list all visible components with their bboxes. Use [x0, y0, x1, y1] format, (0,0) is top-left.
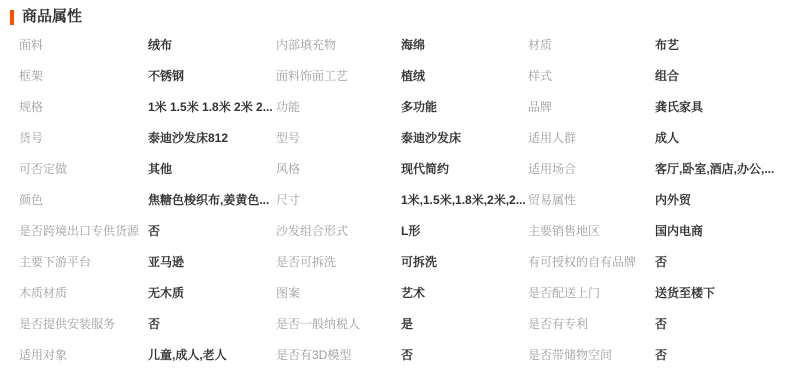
attribute-value: 不锈钢 — [148, 67, 276, 84]
attribute-label: 木质材质 — [19, 284, 148, 301]
attribute-value: L形 — [401, 222, 528, 239]
attributes-grid: 面料绒布内部填充物海绵材质布艺框架不锈钢面料饰面工艺植绒样式组合规格1米 1.5… — [0, 29, 800, 369]
attribute-value: 可拆洗 — [401, 253, 528, 270]
attribute-value: 客厅,卧室,酒店,办公,... — [655, 160, 800, 177]
attribute-value: 儿童,成人,老人 — [148, 346, 276, 363]
attribute-label: 型号 — [276, 129, 401, 146]
product-attributes-panel: 商品属性 面料绒布内部填充物海绵材质布艺框架不锈钢面料饰面工艺植绒样式组合规格1… — [0, 0, 800, 369]
attribute-label: 是否提供安装服务 — [19, 315, 148, 332]
attribute-label: 样式 — [528, 67, 655, 84]
section-title: 商品属性 — [22, 9, 82, 25]
attribute-value: 艺术 — [401, 284, 528, 301]
attribute-value: 绒布 — [148, 36, 276, 53]
attribute-value: 否 — [655, 315, 800, 332]
attribute-value: 植绒 — [401, 67, 528, 84]
attribute-label: 是否一般纳税人 — [276, 315, 401, 332]
attribute-label: 贸易属性 — [528, 191, 655, 208]
attribute-label: 图案 — [276, 284, 401, 301]
attribute-label: 适用对象 — [19, 346, 148, 363]
attribute-label: 功能 — [276, 98, 401, 115]
attribute-label: 适用场合 — [528, 160, 655, 177]
attribute-label: 是否可拆洗 — [276, 253, 401, 270]
attribute-label: 货号 — [19, 129, 148, 146]
attribute-label: 材质 — [528, 36, 655, 53]
attribute-value: 否 — [655, 253, 800, 270]
attribute-value: 泰迪沙发床 — [401, 129, 528, 146]
attribute-label: 颜色 — [19, 191, 148, 208]
attribute-label: 规格 — [19, 98, 148, 115]
attribute-value: 组合 — [655, 67, 800, 84]
attribute-label: 沙发组合形式 — [276, 222, 401, 239]
attribute-value: 焦糖色梭织布,姜黄色... — [148, 191, 276, 208]
attribute-value: 龚氏家具 — [655, 98, 800, 115]
attribute-value: 泰迪沙发床812 — [148, 129, 276, 146]
attribute-value: 否 — [401, 346, 528, 363]
attribute-value: 海绵 — [401, 36, 528, 53]
attribute-label: 是否带储物空间 — [528, 346, 655, 363]
attribute-label: 是否跨境出口专供货源 — [19, 222, 148, 239]
attribute-label: 适用人群 — [528, 129, 655, 146]
attribute-value: 现代简约 — [401, 160, 528, 177]
attribute-value: 否 — [148, 315, 276, 332]
attribute-label: 面料饰面工艺 — [276, 67, 401, 84]
attribute-label: 是否有专利 — [528, 315, 655, 332]
attribute-value: 亚马逊 — [148, 253, 276, 270]
attribute-label: 是否配送上门 — [528, 284, 655, 301]
attribute-label: 品牌 — [528, 98, 655, 115]
attribute-value: 多功能 — [401, 98, 528, 115]
attribute-label: 主要下游平台 — [19, 253, 148, 270]
attribute-value: 成人 — [655, 129, 800, 146]
attribute-label: 尺寸 — [276, 191, 401, 208]
attribute-label: 内部填充物 — [276, 36, 401, 53]
attribute-label: 主要销售地区 — [528, 222, 655, 239]
attribute-label: 有可授权的自有品牌 — [528, 253, 655, 270]
attribute-value: 否 — [148, 222, 276, 239]
attribute-value: 否 — [655, 346, 800, 363]
section-header: 商品属性 — [0, 0, 800, 25]
attribute-value: 布艺 — [655, 36, 800, 53]
attribute-label: 框架 — [19, 67, 148, 84]
attribute-value: 无木质 — [148, 284, 276, 301]
accent-bar-icon — [10, 10, 14, 25]
attribute-label: 面料 — [19, 36, 148, 53]
attribute-label: 是否有3D模型 — [276, 346, 401, 363]
attribute-label: 风格 — [276, 160, 401, 177]
attribute-value: 其他 — [148, 160, 276, 177]
attribute-label: 可否定做 — [19, 160, 148, 177]
attribute-value: 内外贸 — [655, 191, 800, 208]
attribute-value: 1米 1.5米 1.8米 2米 2... — [148, 98, 276, 115]
attribute-value: 是 — [401, 315, 528, 332]
attribute-value: 国内电商 — [655, 222, 800, 239]
attribute-value: 送货至楼下 — [655, 284, 800, 301]
attribute-value: 1米,1.5米,1.8米,2米,2... — [401, 191, 528, 208]
